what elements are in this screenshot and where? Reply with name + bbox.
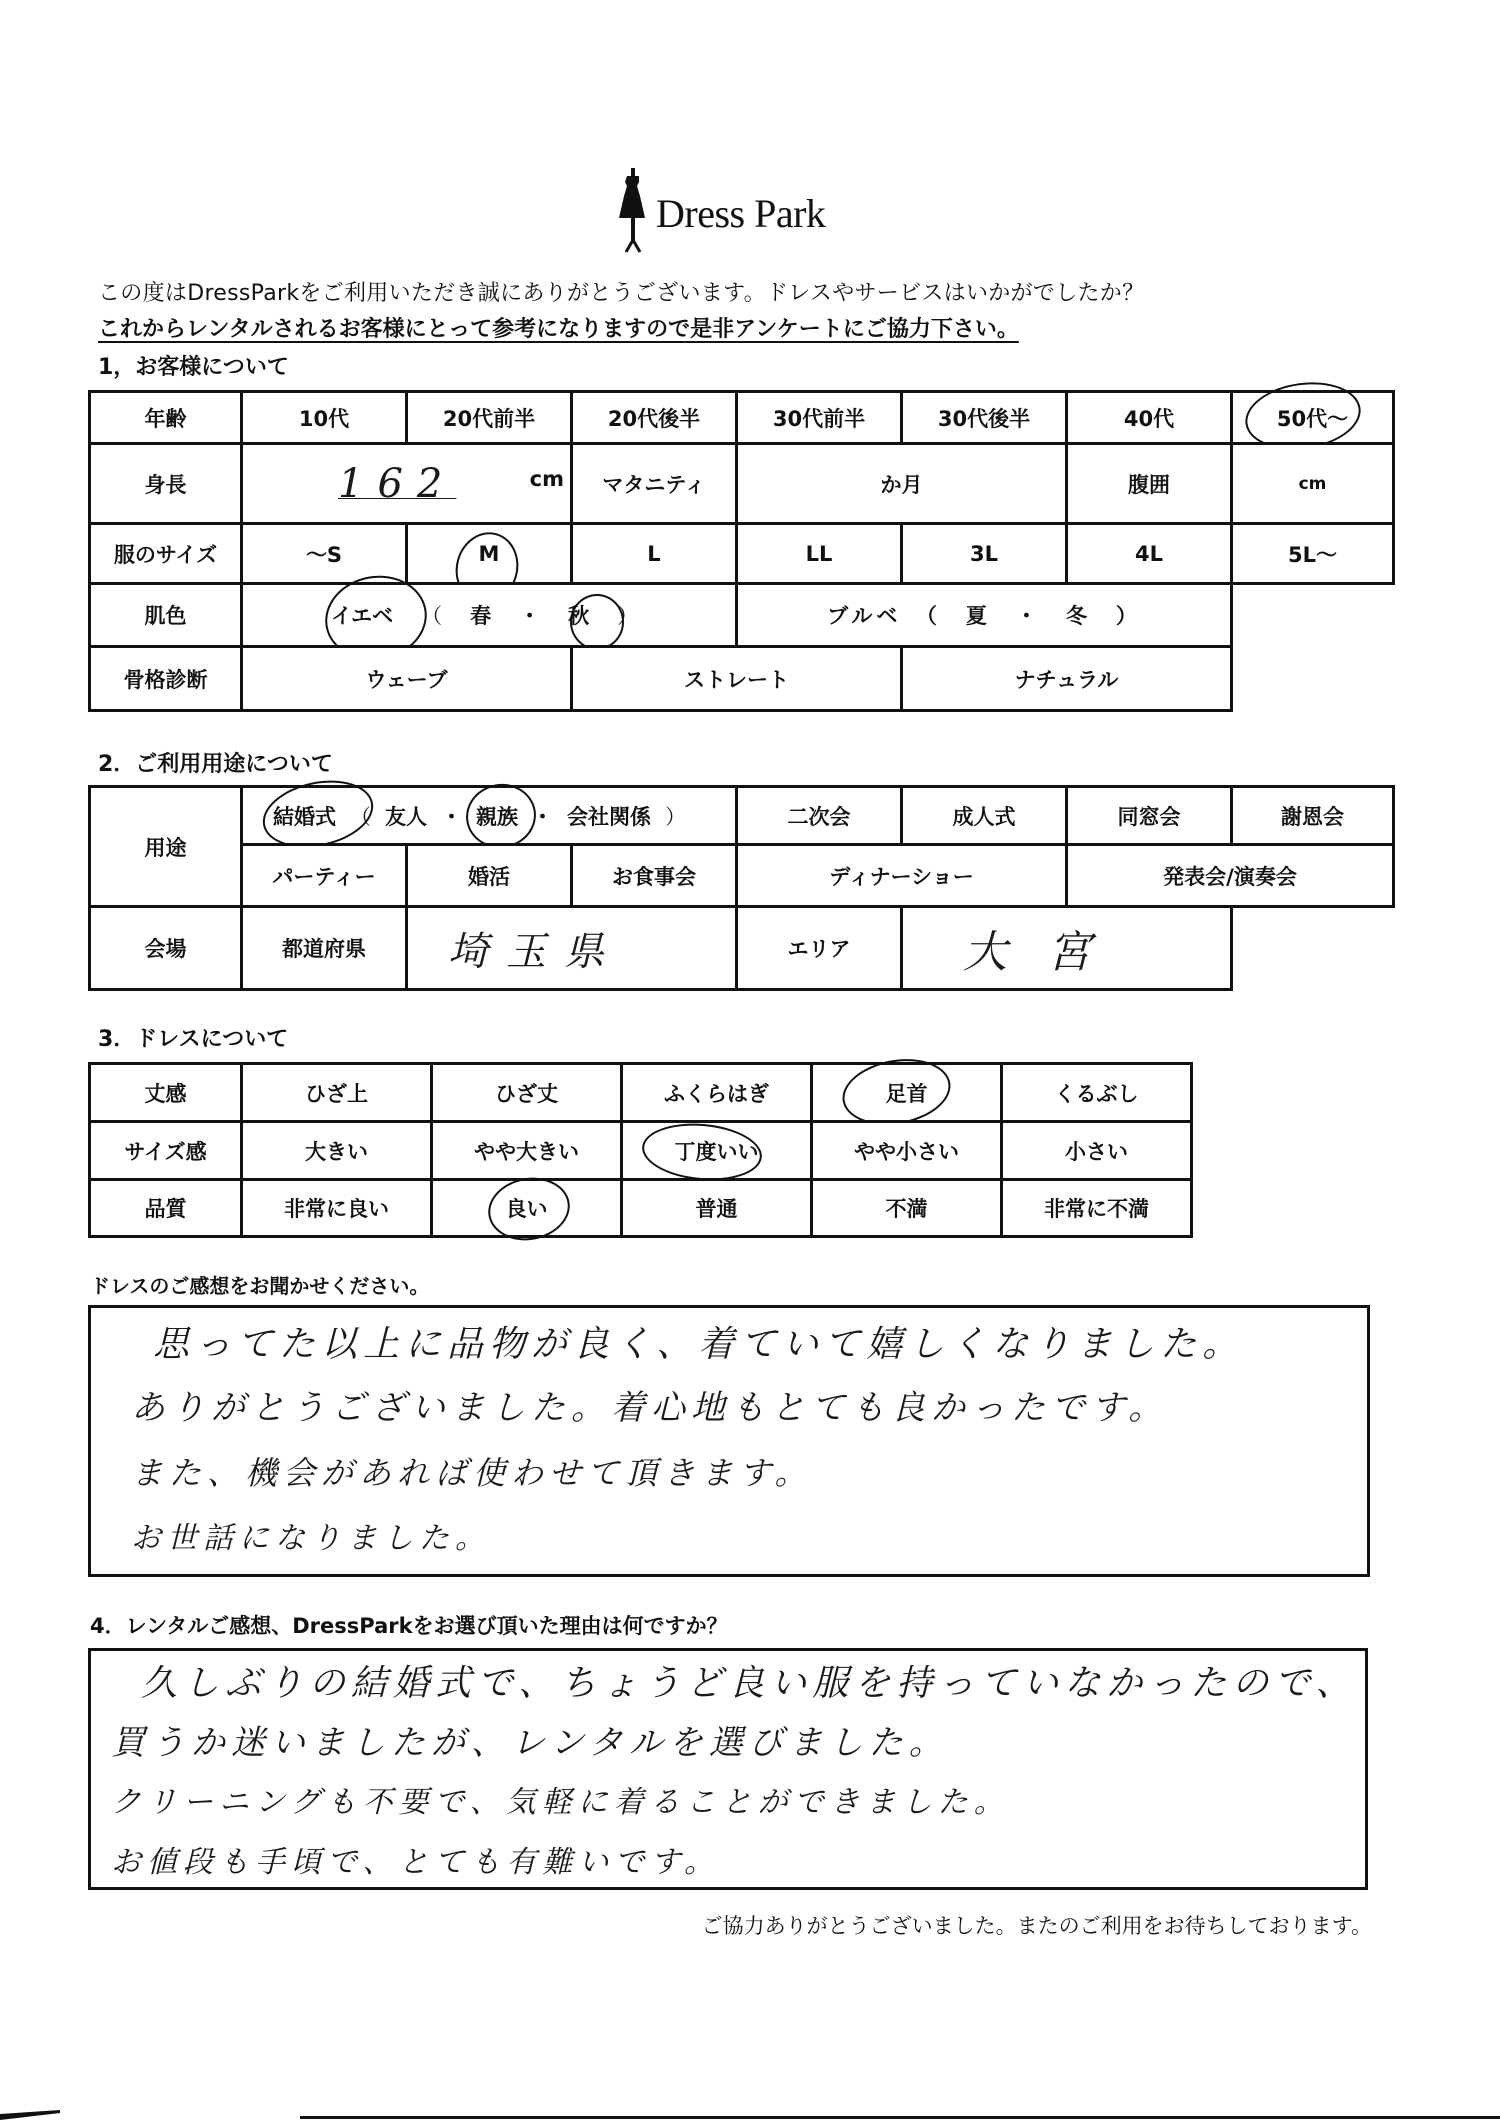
height-unit: cm: [530, 467, 564, 491]
purpose-option[interactable]: 発表会/演奏会: [1065, 843, 1395, 908]
height-value: 162: [338, 461, 456, 507]
section4-heading: 4．レンタルご感想、DressParkをお選び頂いた理由は何ですか？: [90, 1610, 728, 1640]
skin-blue-option[interactable]: ブルベ （ 夏 ・ 冬 ）: [735, 582, 1233, 648]
length-option[interactable]: ひざ丈: [430, 1062, 623, 1123]
quality-option[interactable]: 不満: [810, 1178, 1003, 1238]
frame-option[interactable]: ストレート: [570, 645, 903, 712]
scan-edge-line: [300, 2116, 1500, 2119]
prefecture-label: 都道府県: [240, 905, 408, 991]
skin-autumn[interactable]: 秋: [568, 600, 589, 630]
paren-close: ）: [665, 801, 686, 831]
paren-close: ）: [617, 600, 638, 630]
skin-yellow[interactable]: イエベ: [331, 600, 393, 630]
purpose-option[interactable]: 婚活: [405, 843, 573, 908]
footer-thanks: ご協力ありがとうございました。またのご利用をお待ちしております。: [702, 1910, 1372, 1940]
height-field[interactable]: 162 cm: [240, 442, 573, 525]
length-option[interactable]: ひざ上: [240, 1062, 433, 1123]
reason-textarea[interactable]: 久しぶりの結婚式で、ちょうど良い服を持っていなかったので、 買うか迷いましたが、…: [88, 1648, 1368, 1890]
area-field[interactable]: 大宮: [900, 905, 1233, 991]
waist-field[interactable]: cm: [1230, 442, 1395, 525]
skin-yellow-option[interactable]: イエベ （ 春 ・ 秋 ）: [240, 582, 738, 648]
reason-line: クリーニングも不要で、気軽に着ることができました。: [111, 1777, 1010, 1821]
size-option[interactable]: 5L～: [1230, 522, 1395, 585]
fit-option-selected[interactable]: 丁度いい: [620, 1120, 813, 1181]
height-label: 身長: [88, 442, 243, 525]
brand-logo: Dress Park: [612, 168, 872, 258]
size-option[interactable]: L: [570, 522, 738, 585]
length-label: 丈感: [88, 1062, 243, 1123]
purpose-option[interactable]: 謝恩会: [1230, 785, 1395, 846]
quality-label: 品質: [88, 1178, 243, 1238]
venue-label: 会場: [88, 905, 243, 991]
reason-line: お値段も手頃で、とても有難いです。: [111, 1837, 720, 1881]
frame-option[interactable]: ウェーブ: [240, 645, 573, 712]
purpose-option[interactable]: ディナーショー: [735, 843, 1068, 908]
separator-dot: ・: [532, 801, 553, 831]
area-label: エリア: [735, 905, 903, 991]
comment-textarea[interactable]: 思ってた以上に品物が良く、着ていて嬉しくなりました。 ありがとうございました。着…: [88, 1305, 1370, 1577]
comment-line: ありがとうございました。着心地もとても良かったです。: [131, 1380, 1168, 1429]
purpose-friend[interactable]: 友人: [385, 801, 427, 831]
reason-line: 買うか迷いましたが、レンタルを選びました。: [111, 1715, 949, 1764]
paren-open: （: [421, 600, 442, 630]
length-option[interactable]: くるぶし: [1000, 1062, 1193, 1123]
purpose-option[interactable]: 成人式: [900, 785, 1068, 846]
size-option[interactable]: LL: [735, 522, 903, 585]
section2-heading: 2．ご利用用途について: [98, 747, 333, 778]
purpose-option[interactable]: 同窓会: [1065, 785, 1233, 846]
separator-dot: ・: [441, 801, 462, 831]
size-option[interactable]: ～S: [240, 522, 408, 585]
comment-line: また、機会があれば使わせて頂きます。: [131, 1448, 812, 1494]
age-option[interactable]: 20代前半: [405, 390, 573, 445]
length-option-selected[interactable]: 足首: [810, 1062, 1003, 1123]
age-option[interactable]: 30代後半: [900, 390, 1068, 445]
purpose-option[interactable]: お食事会: [570, 843, 738, 908]
mannequin-icon: [618, 168, 648, 256]
size-label: 服のサイズ: [88, 522, 243, 585]
size-option[interactable]: 3L: [900, 522, 1068, 585]
purpose-label: 用途: [88, 785, 243, 908]
maternity-field[interactable]: か月: [735, 442, 1068, 525]
frame-option[interactable]: ナチュラル: [900, 645, 1233, 712]
separator-dot: ・: [519, 600, 540, 630]
quality-option[interactable]: 普通: [620, 1178, 813, 1238]
section1-heading: 1，お客様について: [98, 350, 289, 381]
purpose-option[interactable]: パーティー: [240, 843, 408, 908]
quality-option[interactable]: 非常に良い: [240, 1178, 433, 1238]
size-option[interactable]: 4L: [1065, 522, 1233, 585]
fit-option[interactable]: やや大きい: [430, 1120, 623, 1181]
maternity-unit: か月: [881, 469, 923, 499]
waist-unit: cm: [1299, 474, 1327, 494]
age-option-selected[interactable]: 50代～: [1230, 390, 1395, 445]
comment-line: お世話になりました。: [131, 1513, 491, 1557]
prefecture-field[interactable]: 埼玉県: [405, 905, 738, 991]
frame-label: 骨格診断: [88, 645, 243, 712]
purpose-company[interactable]: 会社関係: [567, 801, 651, 831]
fit-label: サイズ感: [88, 1120, 243, 1181]
age-option[interactable]: 30代前半: [735, 390, 903, 445]
reason-line: 久しぶりの結婚式で、ちょうど良い服を持っていなかったので、: [141, 1655, 1358, 1706]
purpose-relative[interactable]: 親族: [476, 801, 518, 831]
purpose-wedding-option[interactable]: 結婚式 （ 友人 ・ 親族 ・ 会社関係 ）: [240, 785, 738, 846]
age-option[interactable]: 10代: [240, 390, 408, 445]
section3-heading: 3．ドレスについて: [98, 1022, 288, 1053]
purpose-option[interactable]: 二次会: [735, 785, 903, 846]
skin-spring[interactable]: 春: [470, 600, 491, 630]
size-option-selected[interactable]: M: [405, 522, 573, 585]
purpose-wedding[interactable]: 結婚式: [273, 801, 336, 831]
comment-heading: ドレスのご感想をお聞かせください。: [90, 1270, 429, 1299]
age-option[interactable]: 20代後半: [570, 390, 738, 445]
maternity-label: マタニティ: [570, 442, 738, 525]
paren-open: （: [350, 801, 371, 831]
length-option[interactable]: ふくらはぎ: [620, 1062, 813, 1123]
quality-option-selected[interactable]: 良い: [430, 1178, 623, 1238]
age-label: 年齢: [88, 390, 243, 445]
waist-label: 腹囲: [1065, 442, 1233, 525]
brand-name: Dress Park: [656, 190, 825, 237]
fit-option[interactable]: やや小さい: [810, 1120, 1003, 1181]
comment-line: 思ってた以上に品物が良く、着ていて嬉しくなりました。: [153, 1316, 1244, 1367]
age-option[interactable]: 40代: [1065, 390, 1233, 445]
scan-mark: [0, 2110, 60, 2120]
skin-label: 肌色: [88, 582, 243, 648]
fit-option[interactable]: 小さい: [1000, 1120, 1193, 1181]
fit-option[interactable]: 大きい: [240, 1120, 433, 1181]
quality-option[interactable]: 非常に不満: [1000, 1178, 1193, 1238]
intro-request: これからレンタルされるお客様にとって参考になりますので是非アンケートにご協力下さ…: [98, 312, 1019, 343]
intro-text: この度はDressParkをご利用いただき誠にありがとうございます。ドレスやサー…: [98, 276, 1144, 307]
